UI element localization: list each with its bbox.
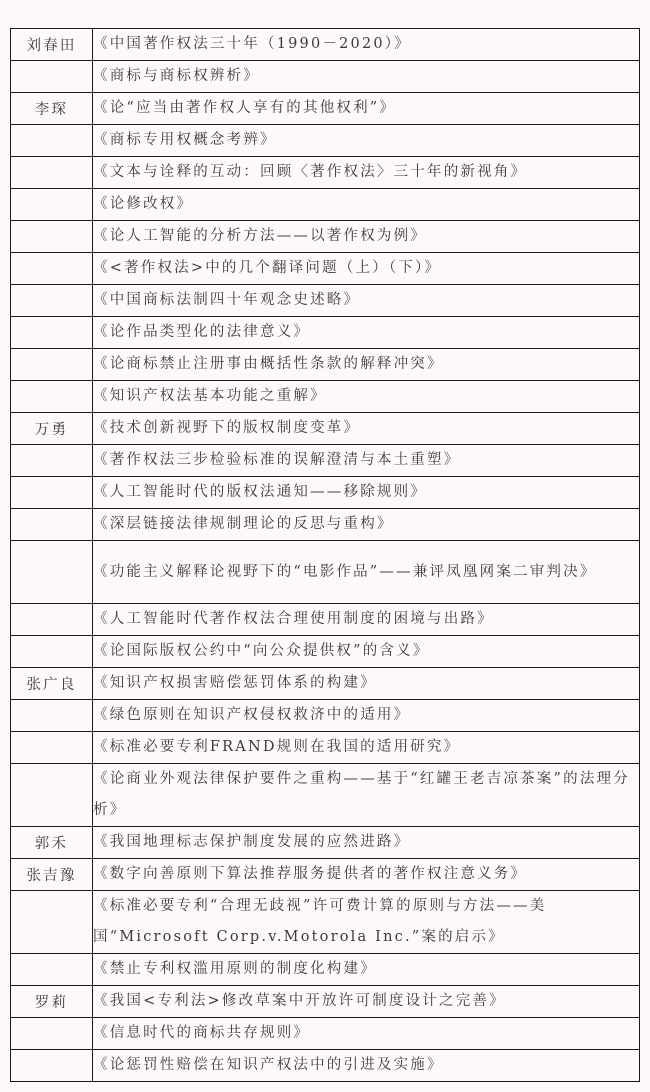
table-row: 《文本与诠释的互动：回顾〈著作权法〉三十年的新视角》: [11, 157, 640, 189]
paper-title-cell: 《我国<专利法>修改草案中开放许可制度设计之完善》: [93, 986, 640, 1018]
table-row: 万勇《技术创新视野下的版权制度变革》: [11, 413, 640, 445]
author-cell: [11, 317, 93, 349]
table-row: 《人工智能时代著作权法合理使用制度的困境与出路》: [11, 604, 640, 636]
table-body: 刘春田《中国著作权法三十年（1990－2020）》《商标与商标权辨析》李琛《论“…: [11, 29, 640, 1082]
author-cell: [11, 157, 93, 189]
table-row: 《禁止专利权滥用原则的制度化构建》: [11, 954, 640, 986]
paper-title-cell: 《文本与诠释的互动：回顾〈著作权法〉三十年的新视角》: [93, 157, 640, 189]
paper-title-cell: 《功能主义解释论视野下的“电影作品”——兼评凤凰网案二审判决》: [93, 541, 640, 604]
author-cell: [11, 764, 93, 827]
author-cell: [11, 445, 93, 477]
paper-title-cell: 《我国地理标志保护制度发展的应然进路》: [93, 827, 640, 859]
table-row: 刘春田《中国著作权法三十年（1990－2020）》: [11, 29, 640, 61]
paper-title-cell: 《深层链接法律规制理论的反思与重构》: [93, 509, 640, 541]
paper-title-cell: 《论人工智能的分析方法——以著作权为例》: [93, 221, 640, 253]
author-cell: 万勇: [11, 413, 93, 445]
paper-title-cell: 《标准必要专利FRAND规则在我国的适用研究》: [93, 732, 640, 764]
table-row: 张吉豫《数字向善原则下算法推荐服务提供者的著作权注意义务》: [11, 859, 640, 891]
table-row: 《深层链接法律规制理论的反思与重构》: [11, 509, 640, 541]
author-cell: [11, 189, 93, 221]
author-cell: [11, 541, 93, 604]
paper-title-cell: 《<著作权法>中的几个翻译问题（上）（下）》: [93, 253, 640, 285]
table-row: 郭禾《我国地理标志保护制度发展的应然进路》: [11, 827, 640, 859]
table-row: 《标准必要专利FRAND规则在我国的适用研究》: [11, 732, 640, 764]
table-row: 《论人工智能的分析方法——以著作权为例》: [11, 221, 640, 253]
author-cell: 张吉豫: [11, 859, 93, 891]
paper-title-cell: 《论“应当由著作权人享有的其他权利”》: [93, 93, 640, 125]
paper-title-cell: 《技术创新视野下的版权制度变革》: [93, 413, 640, 445]
author-cell: [11, 954, 93, 986]
author-cell: [11, 700, 93, 732]
author-cell: [11, 732, 93, 764]
author-cell: [11, 125, 93, 157]
paper-title-cell: 《论作品类型化的法律意义》: [93, 317, 640, 349]
author-cell: [11, 509, 93, 541]
table-row: 张广良《知识产权损害赔偿惩罚体系的构建》: [11, 668, 640, 700]
table-row: 《商标专用权概念考辨》: [11, 125, 640, 157]
author-cell: [11, 636, 93, 668]
author-cell: [11, 285, 93, 317]
paper-title-cell: 《禁止专利权滥用原则的制度化构建》: [93, 954, 640, 986]
author-cell: [11, 381, 93, 413]
paper-title-cell: 《数字向善原则下算法推荐服务提供者的著作权注意义务》: [93, 859, 640, 891]
author-cell: 张广良: [11, 668, 93, 700]
paper-title-cell: 《知识产权法基本功能之重解》: [93, 381, 640, 413]
table-row: 《论修改权》: [11, 189, 640, 221]
author-cell: 李琛: [11, 93, 93, 125]
table-row: 《论商标禁止注册事由概括性条款的解释冲突》: [11, 349, 640, 381]
table-row: 《标准必要专利“合理无歧视”许可费计算的原则与方法——美国“Microsoft …: [11, 891, 640, 954]
paper-title-cell: 《知识产权损害赔偿惩罚体系的构建》: [93, 668, 640, 700]
table-row: 《功能主义解释论视野下的“电影作品”——兼评凤凰网案二审判决》: [11, 541, 640, 604]
author-cell: [11, 604, 93, 636]
table-row: 罗莉《我国<专利法>修改草案中开放许可制度设计之完善》: [11, 986, 640, 1018]
paper-title-cell: 《信息时代的商标共存规则》: [93, 1018, 640, 1050]
paper-title-cell: 《商标专用权概念考辨》: [93, 125, 640, 157]
paper-title-cell: 《论修改权》: [93, 189, 640, 221]
table-row: 《论国际版权公约中“向公众提供权”的含义》: [11, 636, 640, 668]
paper-title-cell: 《商标与商标权辨析》: [93, 61, 640, 93]
author-cell: [11, 477, 93, 509]
papers-table: 刘春田《中国著作权法三十年（1990－2020）》《商标与商标权辨析》李琛《论“…: [10, 28, 640, 1082]
paper-title-cell: 《论国际版权公约中“向公众提供权”的含义》: [93, 636, 640, 668]
paper-title-cell: 《标准必要专利“合理无歧视”许可费计算的原则与方法——美国“Microsoft …: [93, 891, 640, 954]
table-row: 《论惩罚性赔偿在知识产权法中的引进及实施》: [11, 1050, 640, 1082]
table-row: 《知识产权法基本功能之重解》: [11, 381, 640, 413]
table-row: 《<著作权法>中的几个翻译问题（上）（下）》: [11, 253, 640, 285]
author-cell: 刘春田: [11, 29, 93, 61]
paper-title-cell: 《人工智能时代著作权法合理使用制度的困境与出路》: [93, 604, 640, 636]
table-row: 《论商业外观法律保护要件之重构——基于“红罐王老吉凉茶案”的法理分析》: [11, 764, 640, 827]
author-cell: 郭禾: [11, 827, 93, 859]
paper-title-cell: 《论惩罚性赔偿在知识产权法中的引进及实施》: [93, 1050, 640, 1082]
paper-title-cell: 《绿色原则在知识产权侵权救济中的适用》: [93, 700, 640, 732]
author-cell: [11, 891, 93, 954]
table-row: 《著作权法三步检验标准的误解澄清与本土重塑》: [11, 445, 640, 477]
author-cell: [11, 221, 93, 253]
paper-title-cell: 《论商业外观法律保护要件之重构——基于“红罐王老吉凉茶案”的法理分析》: [93, 764, 640, 827]
table-row: 《中国商标法制四十年观念史述略》: [11, 285, 640, 317]
paper-title-cell: 《著作权法三步检验标准的误解澄清与本土重塑》: [93, 445, 640, 477]
paper-title-cell: 《中国商标法制四十年观念史述略》: [93, 285, 640, 317]
author-cell: [11, 61, 93, 93]
author-cell: [11, 1018, 93, 1050]
paper-title-cell: 《人工智能时代的版权法通知——移除规则》: [93, 477, 640, 509]
table-row: 李琛《论“应当由著作权人享有的其他权利”》: [11, 93, 640, 125]
table-row: 《绿色原则在知识产权侵权救济中的适用》: [11, 700, 640, 732]
table-row: 《论作品类型化的法律意义》: [11, 317, 640, 349]
table-row: 《商标与商标权辨析》: [11, 61, 640, 93]
author-cell: [11, 1050, 93, 1082]
paper-title-cell: 《中国著作权法三十年（1990－2020）》: [93, 29, 640, 61]
author-cell: [11, 349, 93, 381]
author-cell: [11, 253, 93, 285]
author-cell: 罗莉: [11, 986, 93, 1018]
table-row: 《信息时代的商标共存规则》: [11, 1018, 640, 1050]
paper-title-cell: 《论商标禁止注册事由概括性条款的解释冲突》: [93, 349, 640, 381]
table-row: 《人工智能时代的版权法通知——移除规则》: [11, 477, 640, 509]
